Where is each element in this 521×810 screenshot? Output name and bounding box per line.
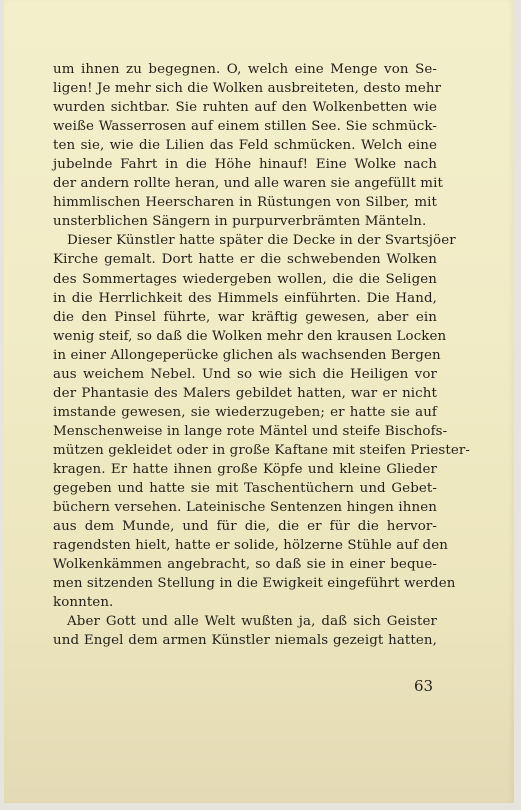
text-line: um ihnen zu begegnen. O, welch eine Meng…: [53, 60, 437, 79]
text-line: weiße Wasserrosen auf einem stillen See.…: [53, 117, 437, 136]
text-line: und Engel dem armen Künstler niemals gez…: [53, 631, 437, 650]
text-line: ragendsten hielt, hatte er solide, hölze…: [53, 536, 437, 555]
text-line: der andern rollte heran, und alle waren …: [53, 174, 437, 193]
text-line: unsterblichen Sängern in purpurverbrämte…: [53, 212, 437, 231]
text-line: aus weichem Nebel. Und so wie sich die H…: [53, 365, 437, 384]
book-page: um ihnen zu begegnen. O, welch eine Meng…: [4, 0, 514, 803]
body-text: um ihnen zu begegnen. O, welch eine Meng…: [53, 60, 437, 650]
text-line: des Sommertages wiedergeben wollen, die …: [53, 270, 437, 289]
text-line: gegeben und hatte sie mit Taschentüchern…: [53, 479, 437, 498]
text-line: konnten.: [53, 593, 437, 612]
text-line: wurden sichtbar. Sie ruhten auf den Wolk…: [53, 98, 437, 117]
page-number: 63: [414, 677, 433, 695]
text-line: der Phantasie des Malers gebildet hatten…: [53, 384, 437, 403]
text-line: kragen. Er hatte ihnen große Köpfe und k…: [53, 460, 437, 479]
text-line: in die Herrlichkeit des Himmels einführt…: [53, 289, 437, 308]
text-line: men sitzenden Stellung in die Ewigkeit e…: [53, 574, 437, 593]
text-line: ligen! Je mehr sich die Wolken ausbreite…: [53, 79, 437, 98]
paragraph-start-line: Aber Gott und alle Welt wußten ja, daß s…: [53, 612, 437, 631]
text-line: mützen gekleidet oder in große Kaftane m…: [53, 441, 437, 460]
text-line: in einer Allongeperücke glichen als wach…: [53, 346, 437, 365]
text-line: büchern versehen. Lateinische Sentenzen …: [53, 498, 437, 517]
paragraph-start-line: Dieser Künstler hatte später die Decke i…: [53, 231, 437, 250]
text-line: aus dem Munde, und für die, die er für d…: [53, 517, 437, 536]
text-line: Kirche gemalt. Dort hatte er die schwebe…: [53, 250, 437, 269]
text-line: die den Pinsel führte, war kräftig gewes…: [53, 308, 437, 327]
text-line: jubelnde Fahrt in die Höhe hinauf! Eine …: [53, 155, 437, 174]
text-line: wenig steif, so daß die Wolken mehr den …: [53, 327, 437, 346]
text-line: imstande gewesen, sie wiederzugeben; er …: [53, 403, 437, 422]
text-line: ten sie, wie die Lilien das Feld schmück…: [53, 136, 437, 155]
text-line: Wolkenkämmen angebracht, so daß sie in e…: [53, 555, 437, 574]
text-line: himmlischen Heerscharen in Rüstungen von…: [53, 193, 437, 212]
text-line: Menschenweise in lange rote Mäntel und s…: [53, 422, 437, 441]
